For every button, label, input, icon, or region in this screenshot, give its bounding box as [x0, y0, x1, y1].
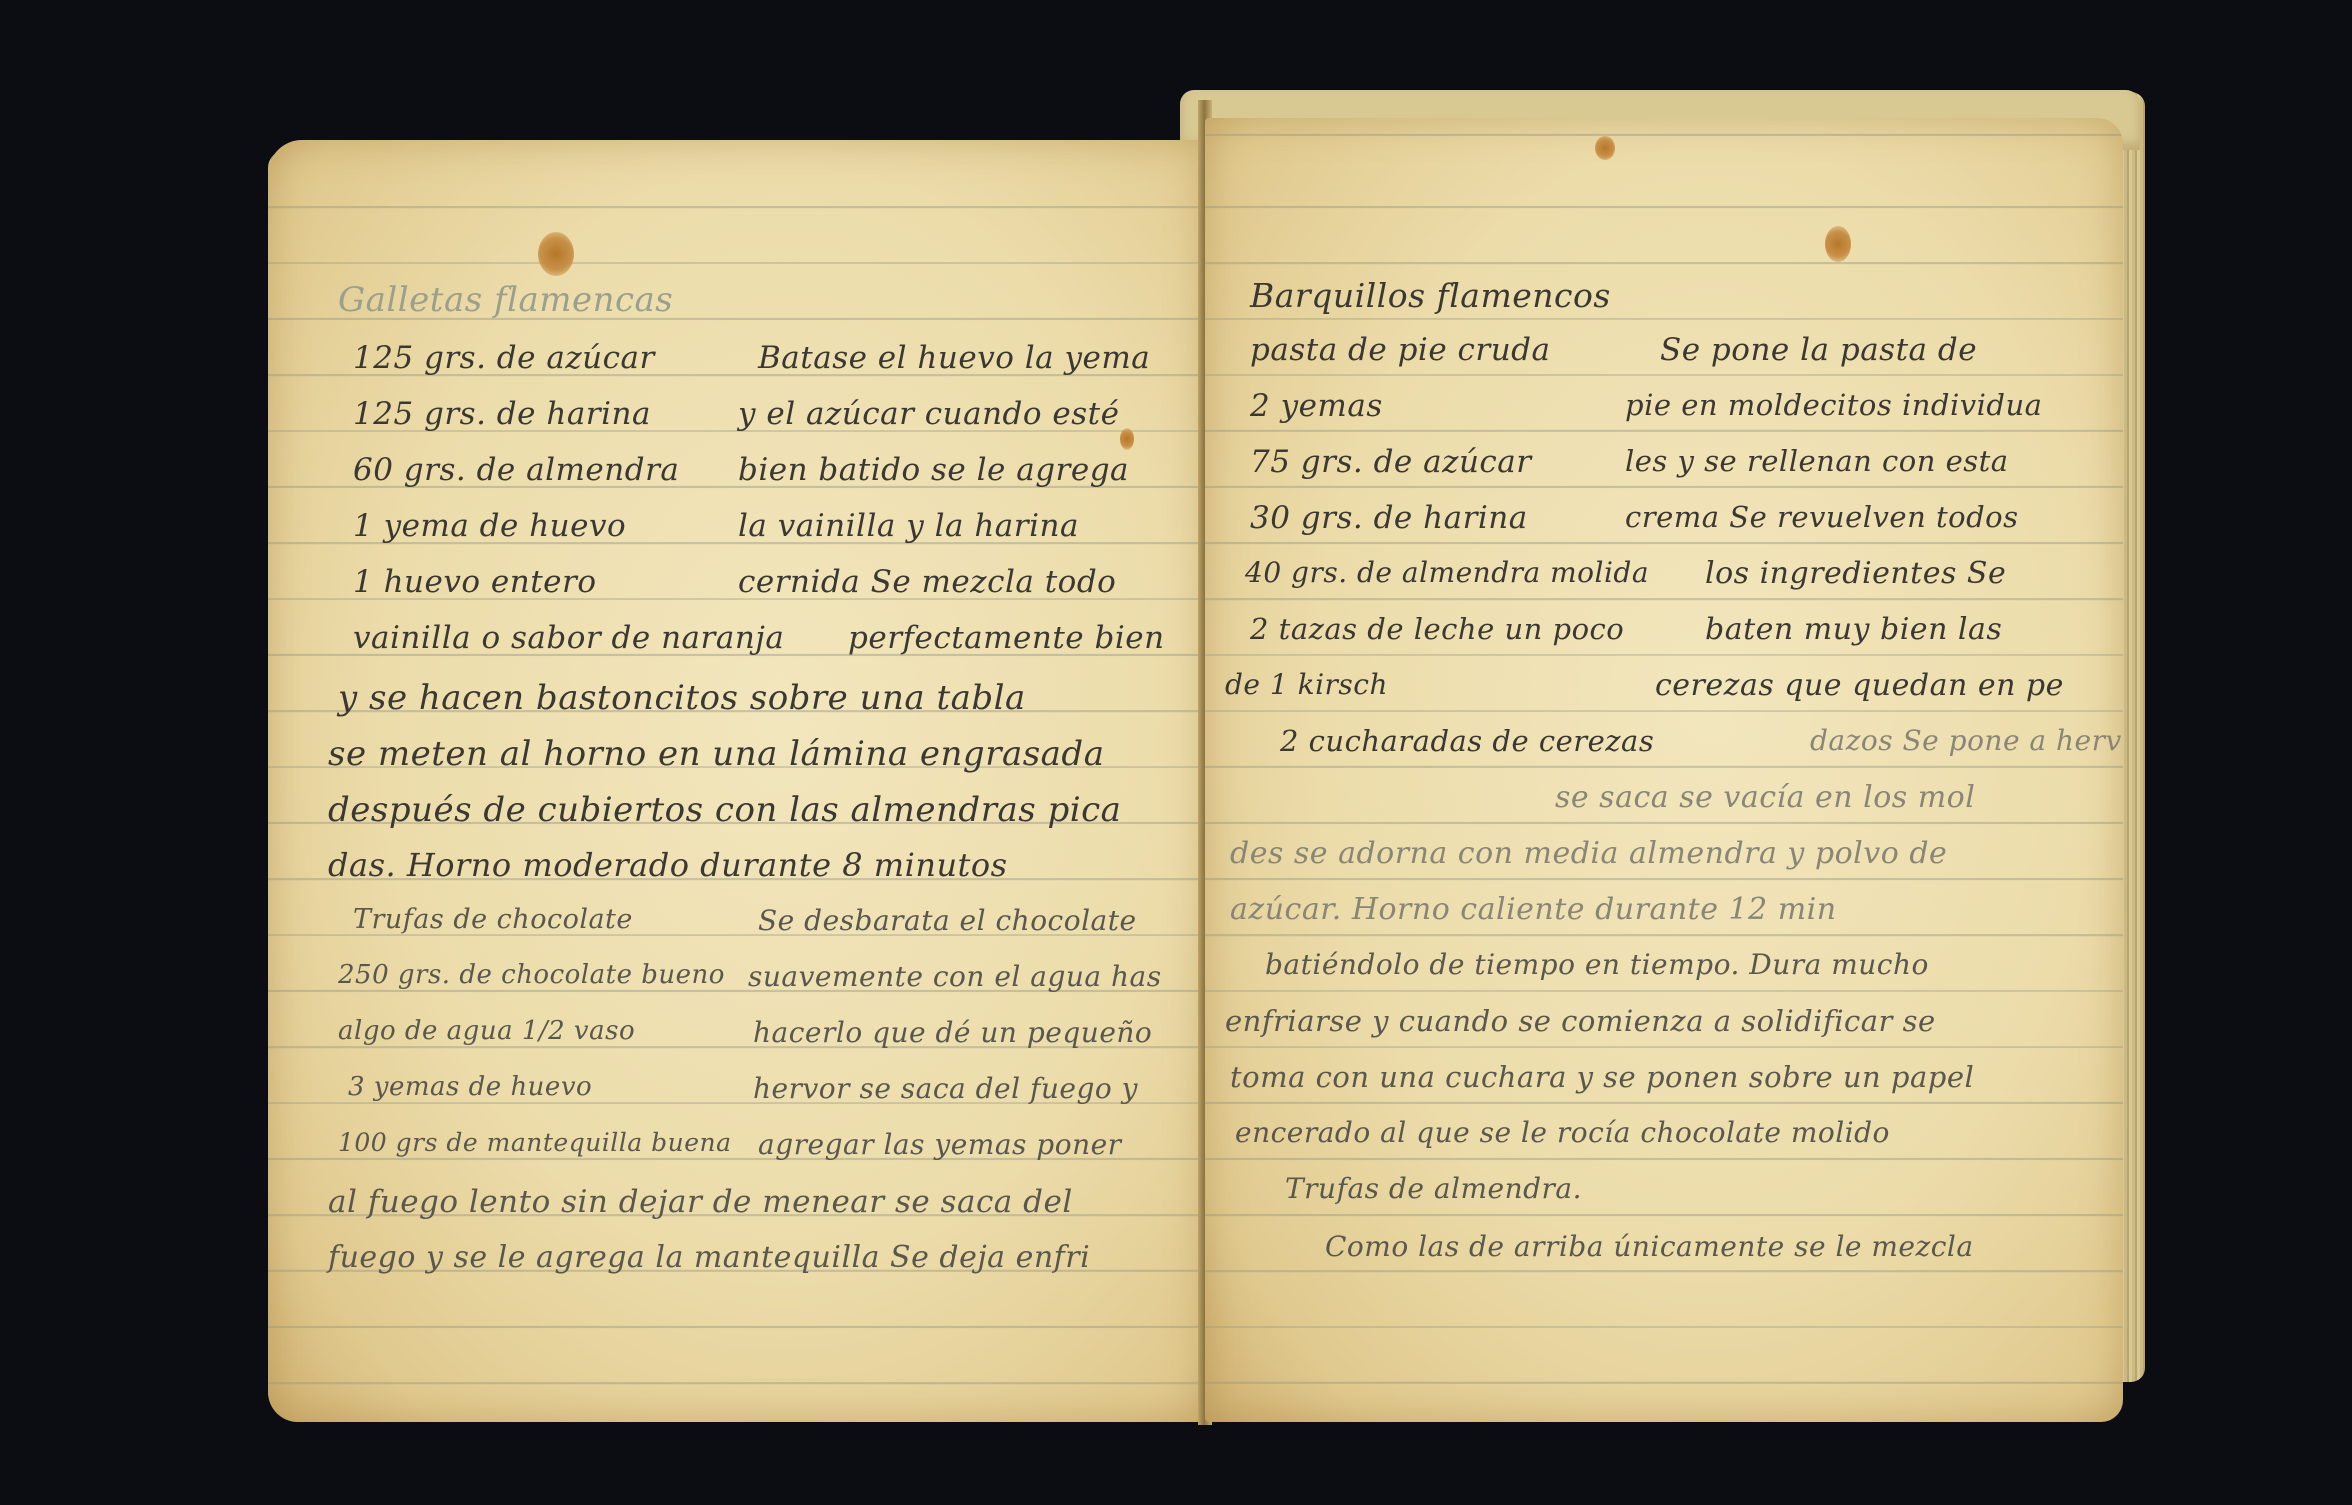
method-line: cerezas que quedan en pe	[1655, 668, 2064, 703]
stain	[538, 232, 574, 276]
ruled-lines	[268, 140, 1205, 1422]
continued-line: enfriarse y cuando se comienza a solidif…	[1225, 1004, 1936, 1038]
ingredient: 40 grs. de almendra molida	[1245, 556, 1649, 589]
ingredient: 3 yemas de huevo	[348, 1072, 592, 1102]
method-line: al fuego lento sin dejar de menear se sa…	[328, 1184, 1073, 1220]
method-line: perfectamente bien	[848, 620, 1165, 656]
stain	[1120, 428, 1134, 450]
method-line: des se adorna con media almendra y polvo…	[1230, 836, 1947, 871]
method-line: agregar las yemas poner	[758, 1128, 1122, 1161]
ingredient: 125 grs. de harina	[353, 396, 651, 432]
notebook-spread: Galletas flamencas 125 grs. de azúcar 12…	[0, 0, 2352, 1505]
method-line: baten muy bien las	[1705, 612, 2002, 647]
method-line: suavemente con el agua has	[748, 960, 1162, 993]
stain	[1825, 226, 1851, 262]
stain	[1595, 136, 1615, 160]
ingredient: 100 grs de mantequilla buena	[338, 1128, 732, 1157]
method-line: les y se rellenan con esta	[1625, 444, 2009, 478]
method-line: hervor se saca del fuego y	[753, 1072, 1138, 1105]
ingredient: 30 grs. de harina	[1250, 500, 1528, 536]
recipe-title-trufas-almendra: Trufas de almendra.	[1285, 1172, 1582, 1205]
continued-line: encerado al que se le rocía chocolate mo…	[1235, 1116, 1890, 1149]
recipe-title-galletas: Galletas flamencas	[338, 280, 673, 320]
ingredient: 2 tazas de leche un poco	[1250, 612, 1624, 646]
method-line: pie en moldecitos individua	[1625, 388, 2042, 422]
continued-line: batiéndolo de tiempo en tiempo. Dura muc…	[1265, 948, 1929, 981]
ingredient: 60 grs. de almendra	[353, 452, 679, 488]
ingredient: 2 yemas	[1250, 388, 1383, 424]
recipe-title-trufas-chocolate: Trufas de chocolate	[353, 904, 633, 935]
ingredient: vainilla o sabor de naranja	[353, 620, 784, 656]
method-line: hacerlo que dé un pequeño	[753, 1016, 1152, 1049]
method-line: azúcar. Horno caliente durante 12 min	[1230, 892, 1837, 927]
method-line: crema Se revuelven todos	[1625, 500, 2019, 534]
ingredient: 1 huevo entero	[353, 564, 596, 600]
ingredient: de 1 kirsch	[1225, 668, 1388, 701]
ingredient: 1 yema de huevo	[353, 508, 626, 544]
ingredient: algo de agua 1/2 vaso	[338, 1016, 635, 1046]
recipe-title-barquillos: Barquillos flamencos	[1250, 276, 1611, 315]
ingredient: 2 cucharadas de cerezas	[1280, 724, 1654, 758]
method-line: Como las de arriba únicamente se le mezc…	[1325, 1230, 1974, 1263]
right-page: Barquillos flamencos pasta de pie cruda …	[1205, 118, 2123, 1422]
ingredient: 125 grs. de azúcar	[353, 340, 655, 376]
ingredient: pasta de pie cruda	[1250, 332, 1551, 368]
method-line: la vainilla y la harina	[738, 508, 1079, 544]
method-line: después de cubiertos con las almendras p…	[328, 790, 1121, 830]
method-line: dazos Se pone a hervir	[1810, 724, 2123, 757]
method-line: cernida Se mezcla todo	[738, 564, 1116, 600]
method-line: se saca se vacía en los mol	[1555, 780, 1975, 815]
method-line: fuego y se le agrega la mantequilla Se d…	[328, 1240, 1090, 1275]
continued-line: toma con una cuchara y se ponen sobre un…	[1230, 1060, 1974, 1094]
method-line: das. Horno moderado durante 8 minutos	[328, 846, 1008, 884]
method-line: Se desbarata el chocolate	[758, 904, 1137, 937]
method-line: Se pone la pasta de	[1660, 332, 1977, 368]
ingredient: 75 grs. de azúcar	[1250, 444, 1532, 480]
method-line: bien batido se le agrega	[738, 452, 1129, 488]
method-line: Batase el huevo la yema	[758, 340, 1150, 376]
method-line: y el azúcar cuando esté	[738, 396, 1119, 432]
method-line: se meten al horno en una lámina engrasad…	[328, 734, 1104, 774]
left-page: Galletas flamencas 125 grs. de azúcar 12…	[268, 140, 1205, 1422]
method-line: los ingredientes Se	[1705, 556, 2006, 591]
ingredient: 250 grs. de chocolate bueno	[338, 960, 725, 990]
method-line: y se hacen bastoncitos sobre una tabla	[338, 678, 1026, 718]
